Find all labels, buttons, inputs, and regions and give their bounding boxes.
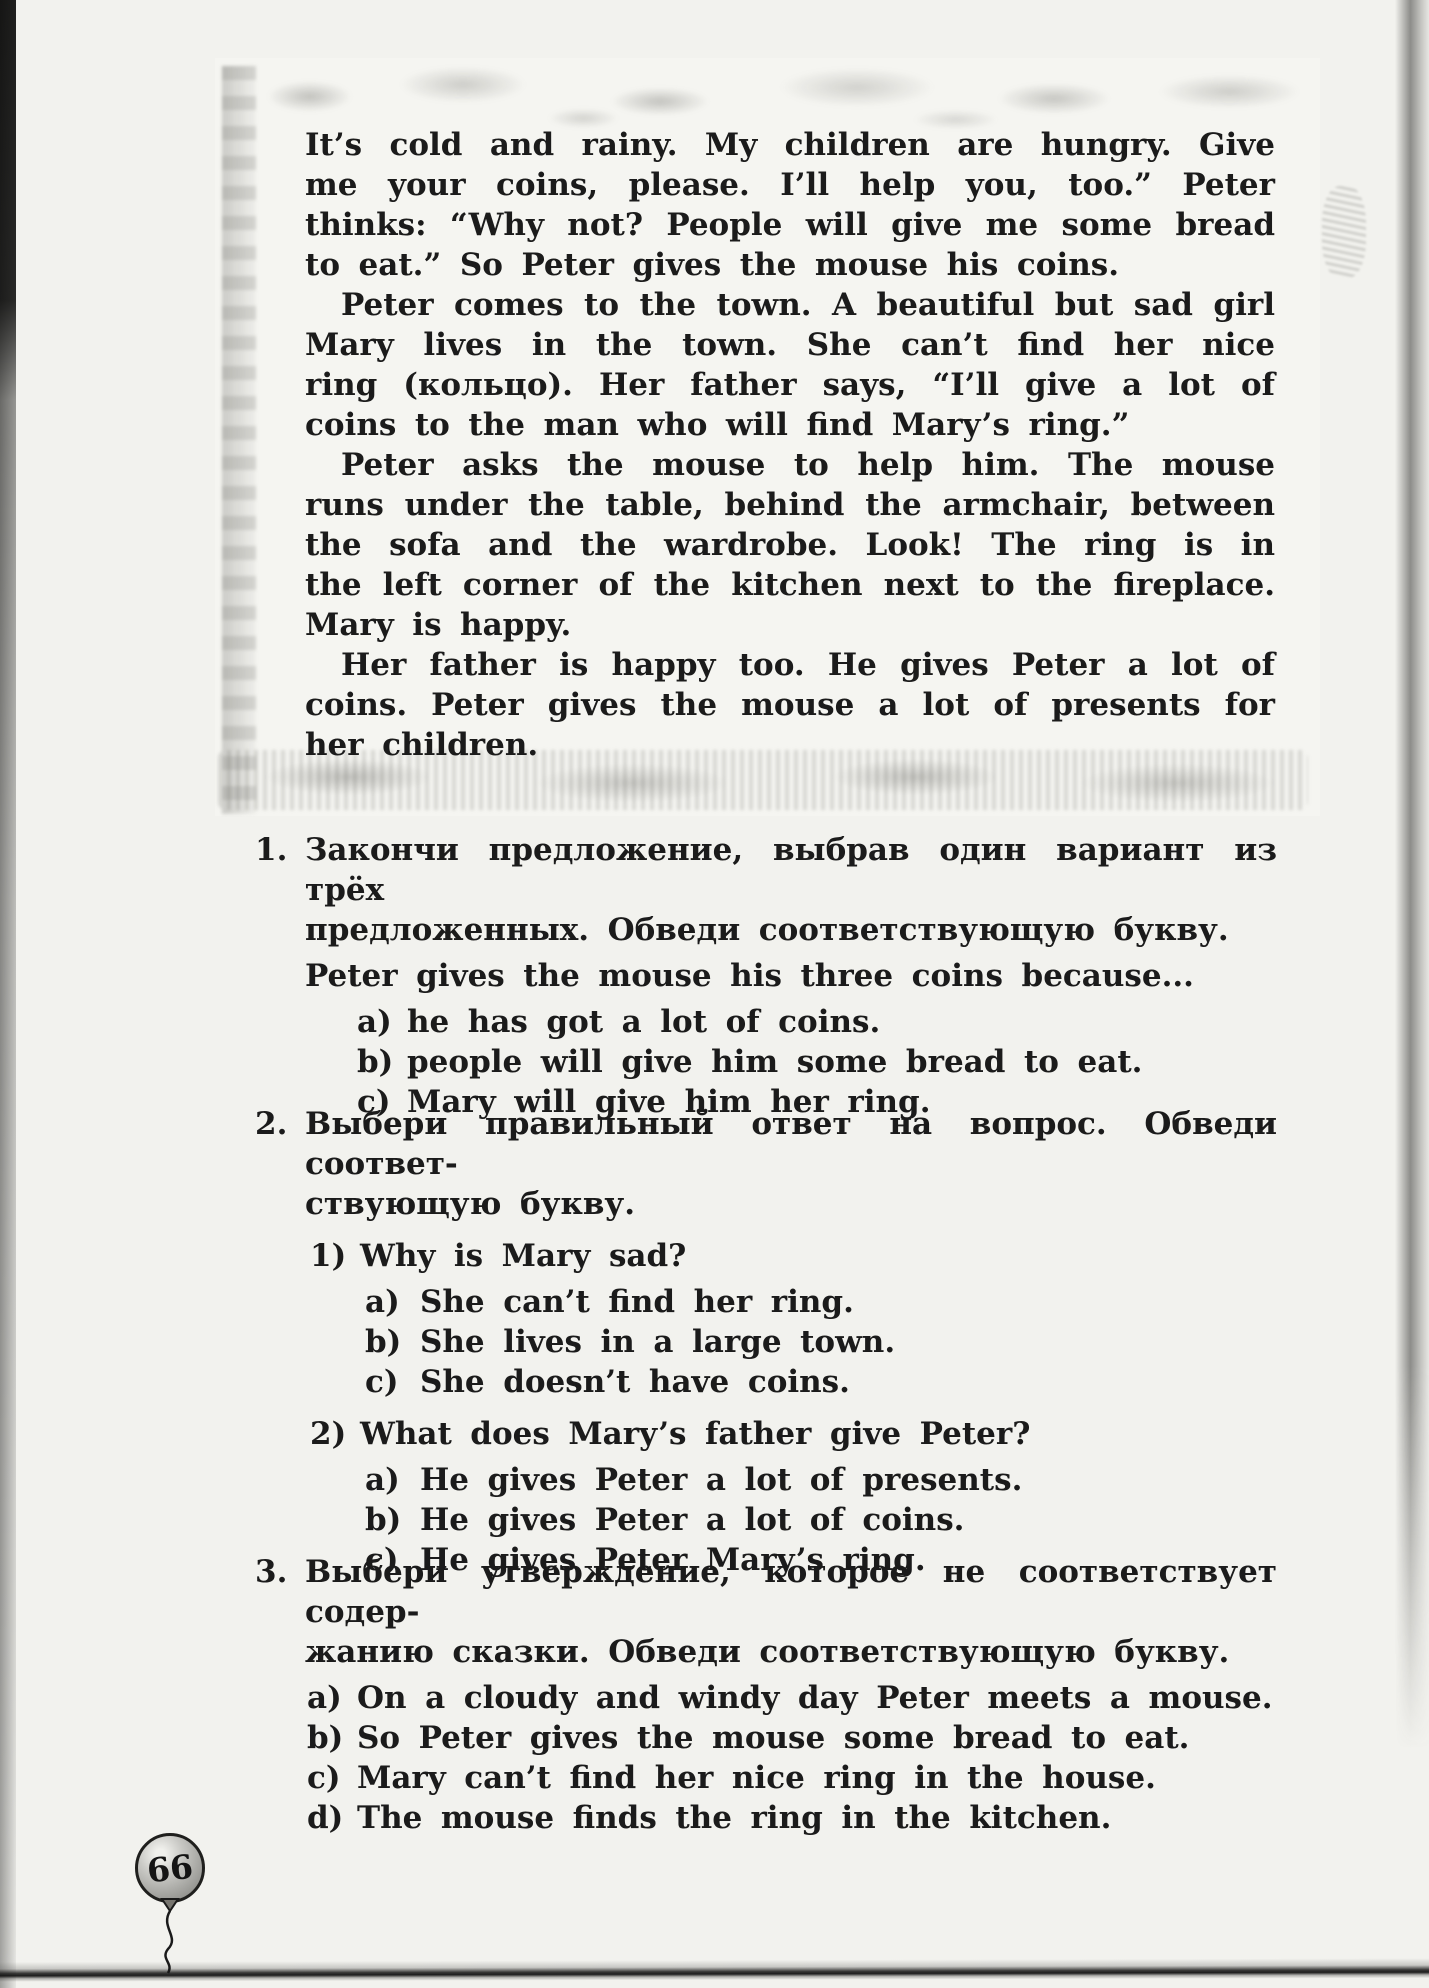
story-line: Mary is happy. <box>305 605 1275 645</box>
story-line: coins. Peter gives the mouse a lot of pr… <box>305 685 1275 725</box>
option-text: Mary can’t find her nice ring in the hou… <box>357 1758 1277 1798</box>
option-text: She doesn’t have coins. <box>420 1362 1277 1402</box>
options-list: a)She can’t find her ring.b)She lives in… <box>365 1282 1277 1402</box>
subquestion-number: 2) <box>310 1414 360 1454</box>
story-line: to eat.” So Peter gives the mouse his co… <box>305 245 1275 285</box>
option-letter: a) <box>307 1678 357 1718</box>
task-instruction-line: предложенных. Обведи соответствующую бук… <box>305 910 1277 950</box>
story-line: the left corner of the kitchen next to t… <box>305 565 1275 605</box>
story-line: thinks: “Why not? People will give me so… <box>305 205 1275 245</box>
subquestion-number: 1) <box>310 1236 360 1276</box>
option-row: a)he has got a lot of coins. <box>357 1002 1277 1042</box>
option-text: On a cloudy and windy day Peter meets a … <box>357 1678 1277 1718</box>
story-line: It’s cold and rainy. My children are hun… <box>305 125 1275 165</box>
story-line: Peter asks the mouse to help him. The mo… <box>305 445 1275 485</box>
story-line: runs under the table, behind the armchai… <box>305 485 1275 525</box>
option-letter: a) <box>365 1282 420 1322</box>
option-row: b)So Peter gives the mouse some bread to… <box>307 1718 1277 1758</box>
page-number: 66 <box>145 1846 195 1890</box>
page-bottom-edge <box>0 1958 1429 1982</box>
story-line: coins to the man who will find Mary’s ri… <box>305 405 1275 445</box>
option-letter: b) <box>365 1322 420 1362</box>
task-body: Выбери правильный ответ на вопрос. Обвед… <box>305 1104 1277 1580</box>
option-letter: b) <box>357 1042 407 1082</box>
scan-smudge <box>1322 186 1366 278</box>
task-body: Выбери утверждение, которое не соответст… <box>305 1552 1277 1838</box>
task-number: 1. <box>255 830 287 870</box>
task-number: 2. <box>255 1104 287 1144</box>
task-instruction-line: Выбери правильный ответ на вопрос. Обвед… <box>305 1104 1277 1184</box>
option-text: he has got a lot of coins. <box>407 1002 1277 1042</box>
option-letter: d) <box>307 1798 357 1838</box>
subquestion-text: What does Mary’s father give Peter? <box>360 1414 1277 1454</box>
option-text: He gives Peter a lot of coins. <box>420 1500 1277 1540</box>
task-number: 3. <box>255 1552 287 1592</box>
task-1: 1.Закончи предложение, выбрав один вариа… <box>255 830 1277 1122</box>
story-line: Peter comes to the town. A beautiful but… <box>305 285 1275 325</box>
task-stem: Peter gives the mouse his three coins be… <box>305 956 1277 996</box>
option-row: a)He gives Peter a lot of presents. <box>365 1460 1277 1500</box>
subquestion-row: 1)Why is Mary sad? <box>310 1236 1277 1276</box>
task-instruction-line: Закончи предложение, выбрав один вариант… <box>305 830 1277 910</box>
story-line: her children. <box>305 725 1275 765</box>
option-row: b)people will give him some bread to eat… <box>357 1042 1277 1082</box>
story-line: ring (кольцо). Her father says, “I’ll gi… <box>305 365 1275 405</box>
option-letter: c) <box>307 1758 357 1798</box>
textbook-page: It’s cold and rainy. My children are hun… <box>0 0 1429 1988</box>
option-row: b)She lives in a large town. <box>365 1322 1277 1362</box>
option-text: The mouse finds the ring in the kitchen. <box>357 1798 1277 1838</box>
option-row: d)The mouse finds the ring in the kitche… <box>307 1798 1277 1838</box>
task-2: 2.Выбери правильный ответ на вопрос. Обв… <box>255 1104 1277 1580</box>
option-letter: a) <box>357 1002 407 1042</box>
option-letter: c) <box>365 1362 420 1402</box>
option-text: She lives in a large town. <box>420 1322 1277 1362</box>
task-instruction-line: жанию сказки. Обведи соответствующую бук… <box>305 1632 1277 1672</box>
option-row: c)Mary can’t find her nice ring in the h… <box>307 1758 1277 1798</box>
story-line: Mary lives in the town. She can’t find h… <box>305 325 1275 365</box>
options-list: a)On a cloudy and windy day Peter meets … <box>307 1678 1277 1838</box>
page-edge-shadow <box>1395 0 1429 1750</box>
option-text: So Peter gives the mouse some bread to e… <box>357 1718 1277 1758</box>
page-number-balloon: 66 <box>135 1833 205 1903</box>
option-letter: b) <box>307 1718 357 1758</box>
story-text: It’s cold and rainy. My children are hun… <box>305 125 1275 765</box>
task-3: 3.Выбери утверждение, которое не соответ… <box>255 1552 1277 1838</box>
option-row: a)On a cloudy and windy day Peter meets … <box>307 1678 1277 1718</box>
subquestion-row: 2)What does Mary’s father give Peter? <box>310 1414 1277 1454</box>
option-row: a)She can’t find her ring. <box>365 1282 1277 1322</box>
subquestion: 1)Why is Mary sad?a)She can’t find her r… <box>305 1236 1277 1402</box>
story-line: the sofa and the wardrobe. Look! The rin… <box>305 525 1275 565</box>
option-text: people will give him some bread to eat. <box>407 1042 1277 1082</box>
option-row: b)He gives Peter a lot of coins. <box>365 1500 1277 1540</box>
option-text: He gives Peter a lot of presents. <box>420 1460 1277 1500</box>
story-line: Her father is happy too. He gives Peter … <box>305 645 1275 685</box>
option-letter: b) <box>365 1500 420 1540</box>
balloon-string-icon <box>148 1897 192 1977</box>
option-row: c)She doesn’t have coins. <box>365 1362 1277 1402</box>
subquestion-text: Why is Mary sad? <box>360 1236 1277 1276</box>
scan-texture-left <box>222 66 256 814</box>
story-line: me your coins, please. I’ll help you, to… <box>305 165 1275 205</box>
scan-texture-top <box>222 58 1317 128</box>
option-letter: a) <box>365 1460 420 1500</box>
task-instruction-line: Выбери утверждение, которое не соответст… <box>305 1552 1277 1632</box>
option-text: She can’t find her ring. <box>420 1282 1277 1322</box>
book-spine-shadow <box>0 0 16 1988</box>
task-instruction-line: ствующую букву. <box>305 1184 1277 1224</box>
balloon-icon: 66 <box>135 1833 205 1903</box>
task-body: Закончи предложение, выбрав один вариант… <box>305 830 1277 1122</box>
